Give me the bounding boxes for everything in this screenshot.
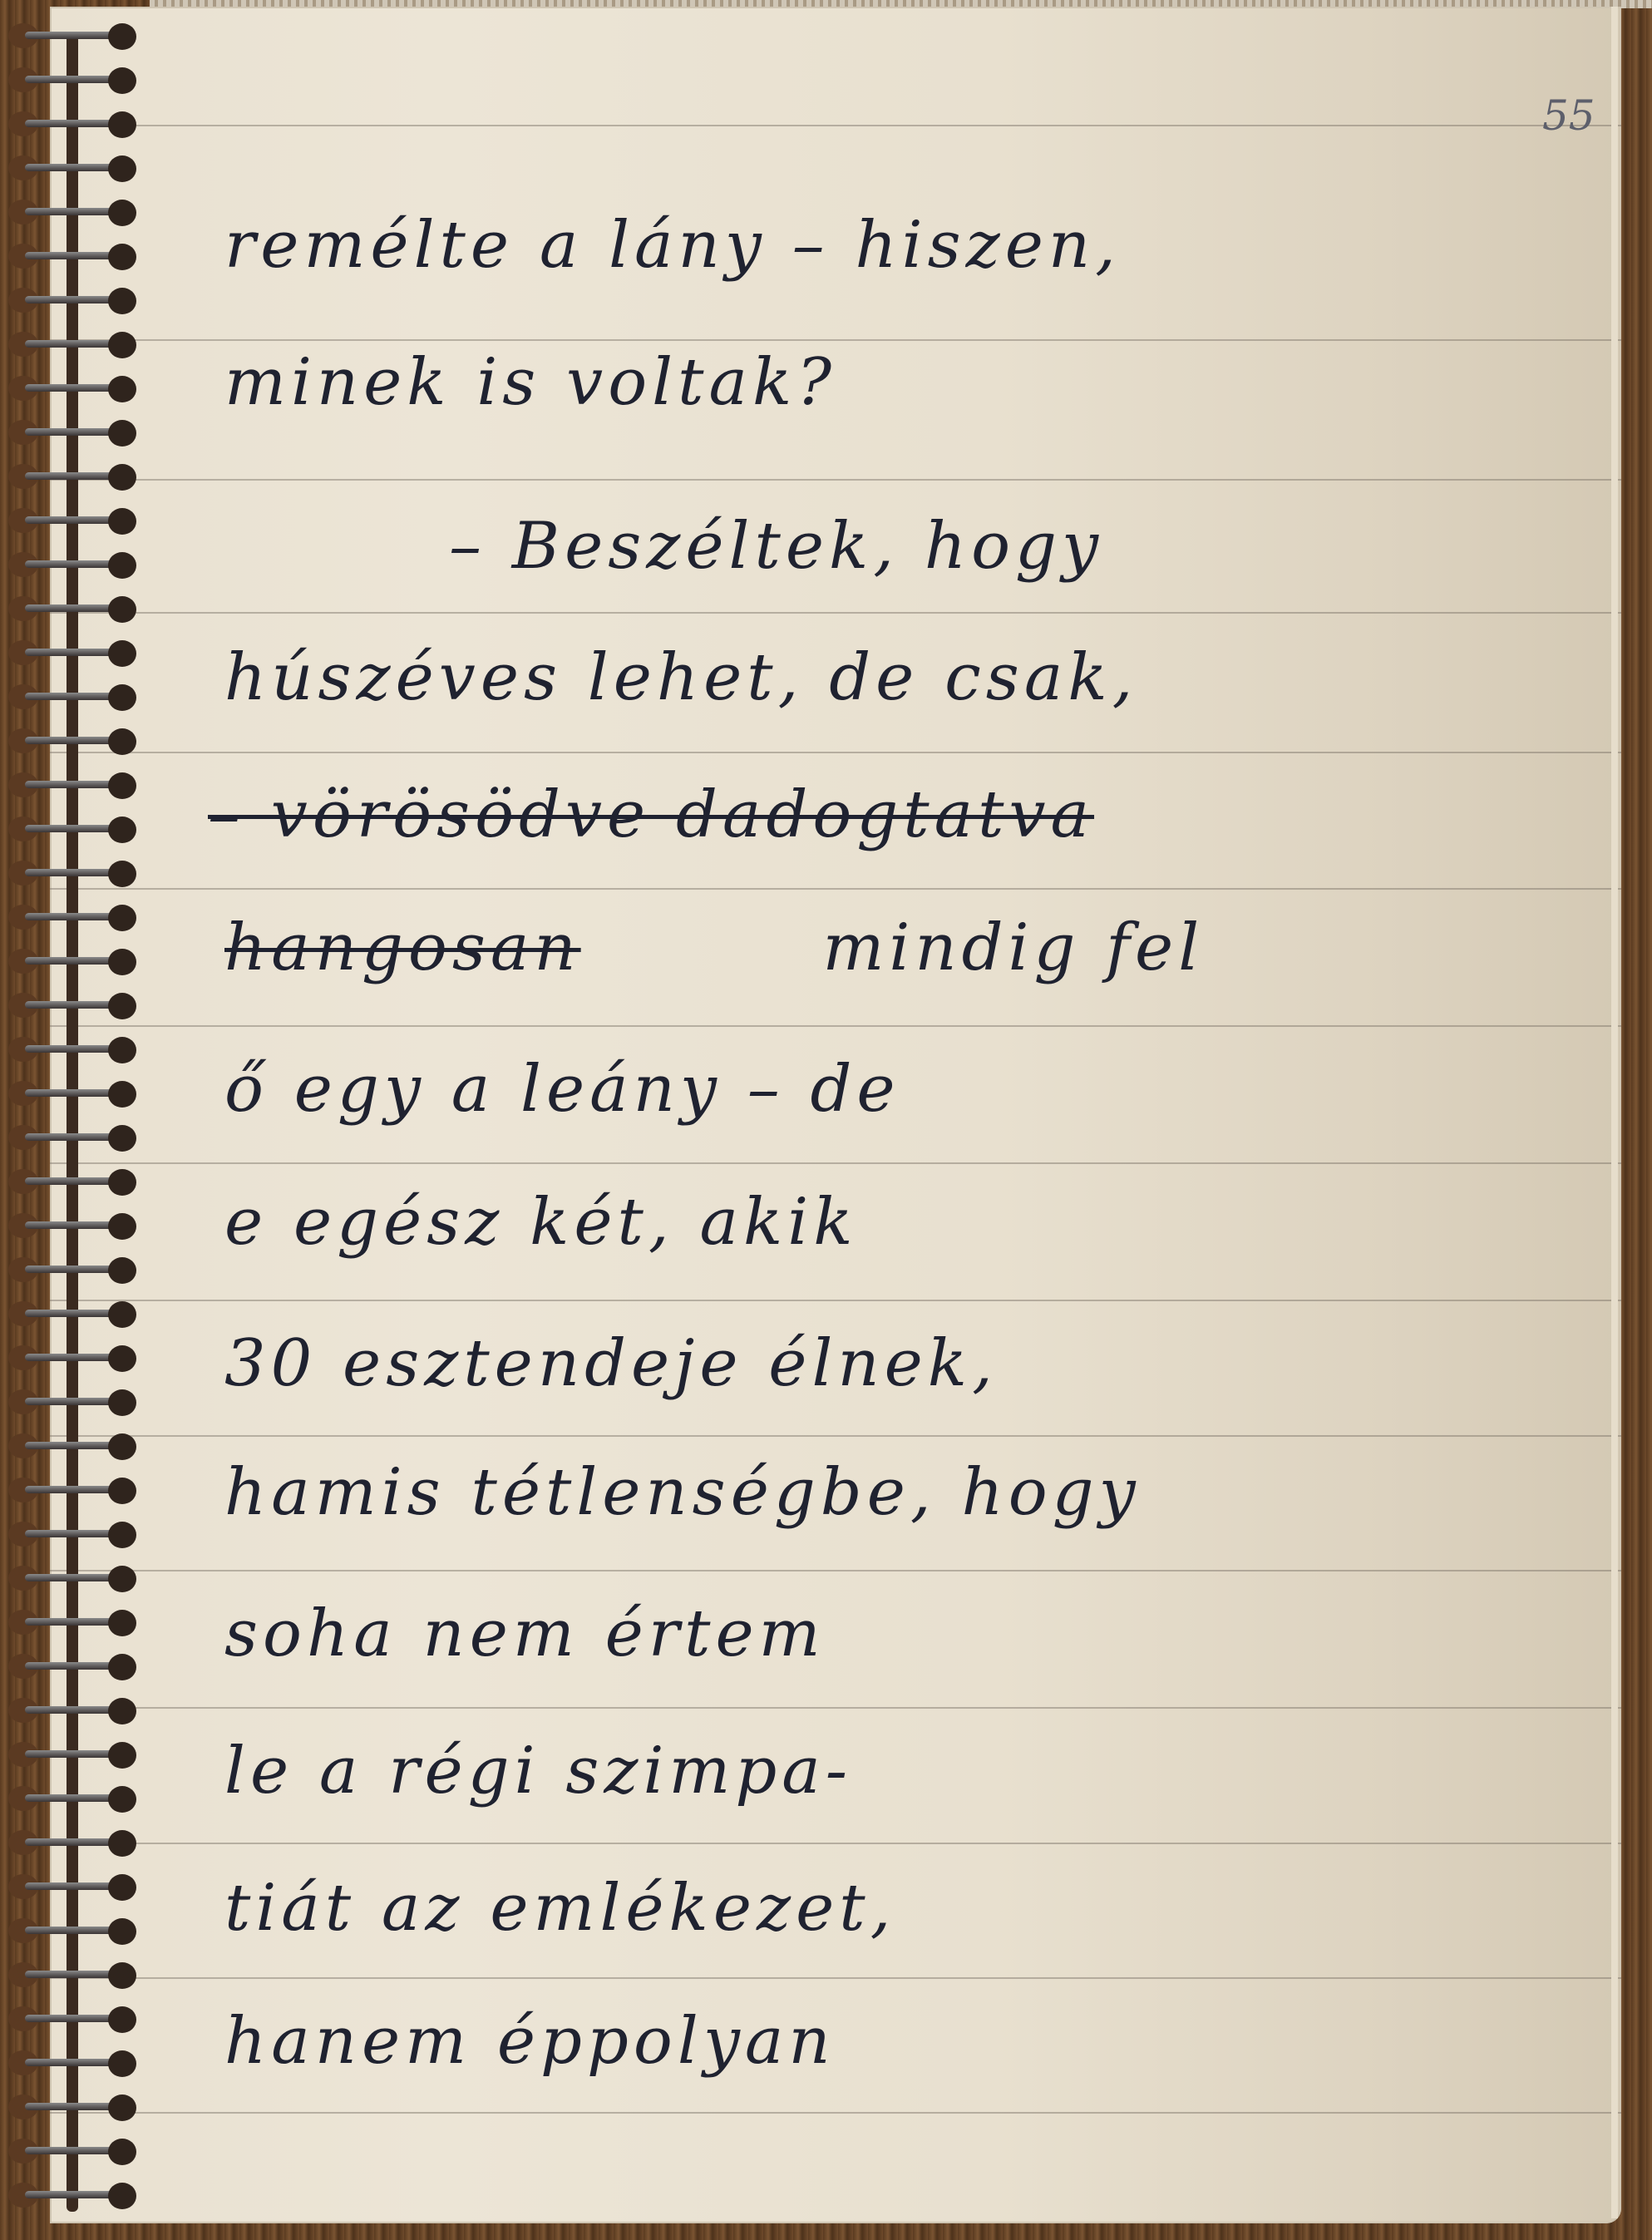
spiral-coil-icon [8, 464, 133, 492]
spiral-coil-icon [8, 1830, 133, 1858]
spiral-coil-icon [8, 728, 133, 757]
spiral-coil-icon [8, 2183, 133, 2211]
spiral-coil-icon [8, 949, 133, 977]
spiral-coil-icon [8, 1345, 133, 1374]
text-line: tiát az emlékezet, [224, 1871, 895, 1946]
spiral-coil-icon [8, 1698, 133, 1726]
spiral-coil-icon [8, 1301, 133, 1330]
spiral-coil-icon [8, 861, 133, 889]
spiral-coil-icon [8, 817, 133, 845]
spiral-coil-icon [8, 552, 133, 580]
spiral-coil-icon [8, 332, 133, 360]
spiral-coil-icon [8, 1125, 133, 1153]
spiral-coil-icon [8, 244, 133, 272]
text-line: minek is voltak? [224, 345, 836, 420]
spiral-coil-icon [8, 1874, 133, 1902]
spiral-coil-icon [8, 155, 133, 184]
spiral-coil-icon [8, 508, 133, 536]
spiral-coil-icon [8, 2050, 133, 2079]
text-line: 30 esztendeje élnek, [224, 1326, 998, 1401]
spiral-coil-icon [8, 1918, 133, 1946]
text-line: remélte a lány – hiszen, [224, 208, 1121, 283]
page-edge [1611, 7, 1618, 2218]
spiral-coil-icon [8, 111, 133, 140]
struck-word: hangosan [224, 910, 581, 985]
spiral-coil-icon [8, 772, 133, 801]
text-line: le a régi szimpa- [224, 1734, 852, 1808]
spiral-coil-icon [8, 2094, 133, 2123]
text-line: húszéves lehet, de csak, [224, 640, 1137, 715]
spiral-coil-icon [8, 993, 133, 1021]
spiral-coil-icon [8, 1962, 133, 1991]
spiral-coil-icon [8, 200, 133, 228]
spiral-coil-icon [8, 1566, 133, 1594]
spiral-coil-icon [8, 1213, 133, 1241]
spiral-coil-icon [8, 1522, 133, 1550]
spiral-coil-icon [8, 67, 133, 96]
spiral-coil-icon [8, 1169, 133, 1197]
spiral-coil-icon [8, 1654, 133, 1682]
spiral-coil-icon [8, 1081, 133, 1109]
text-line: hamis tétlenségbe, hogy [224, 1455, 1141, 1530]
text-line-partially-struck: hangosan mindig fel [224, 910, 1204, 985]
spiral-coil-icon [8, 2139, 133, 2167]
text-line: ő egy a leány – de [224, 1052, 900, 1127]
text-line: – Beszéltek, hogy [449, 509, 1103, 584]
text-word: mindig fel [822, 910, 1204, 985]
spiral-coil-icon [8, 905, 133, 933]
spiral-coil-icon [8, 1786, 133, 1814]
spiral-coil-icon [8, 640, 133, 669]
page-number: 55 [1542, 91, 1595, 140]
spiral-coil-icon [8, 1478, 133, 1506]
text-line: hanem éppolyan [224, 2004, 836, 2079]
spiral-coil-icon [8, 376, 133, 404]
spiral-coil-icon [8, 2006, 133, 2035]
spiral-coil-icon [8, 1742, 133, 1770]
spiral-coil-icon [8, 1257, 133, 1285]
spiral-coil-icon [8, 23, 133, 52]
spiral-coil-icon [8, 1433, 133, 1462]
spiral-coil-icon [8, 1037, 133, 1065]
spiral-coil-icon [8, 1610, 133, 1638]
text-line: soha nem értem [224, 1596, 826, 1671]
spiral-coil-icon [8, 596, 133, 624]
spiral-coil-icon [8, 684, 133, 713]
spiral-coil-icon [8, 288, 133, 316]
spiral-coil-icon [8, 1389, 133, 1418]
spiral-coil-icon [8, 420, 133, 448]
text-line: e egész két, akik [224, 1185, 857, 1260]
struck-text-line: – vörösödve dadogtatva [208, 777, 1094, 852]
